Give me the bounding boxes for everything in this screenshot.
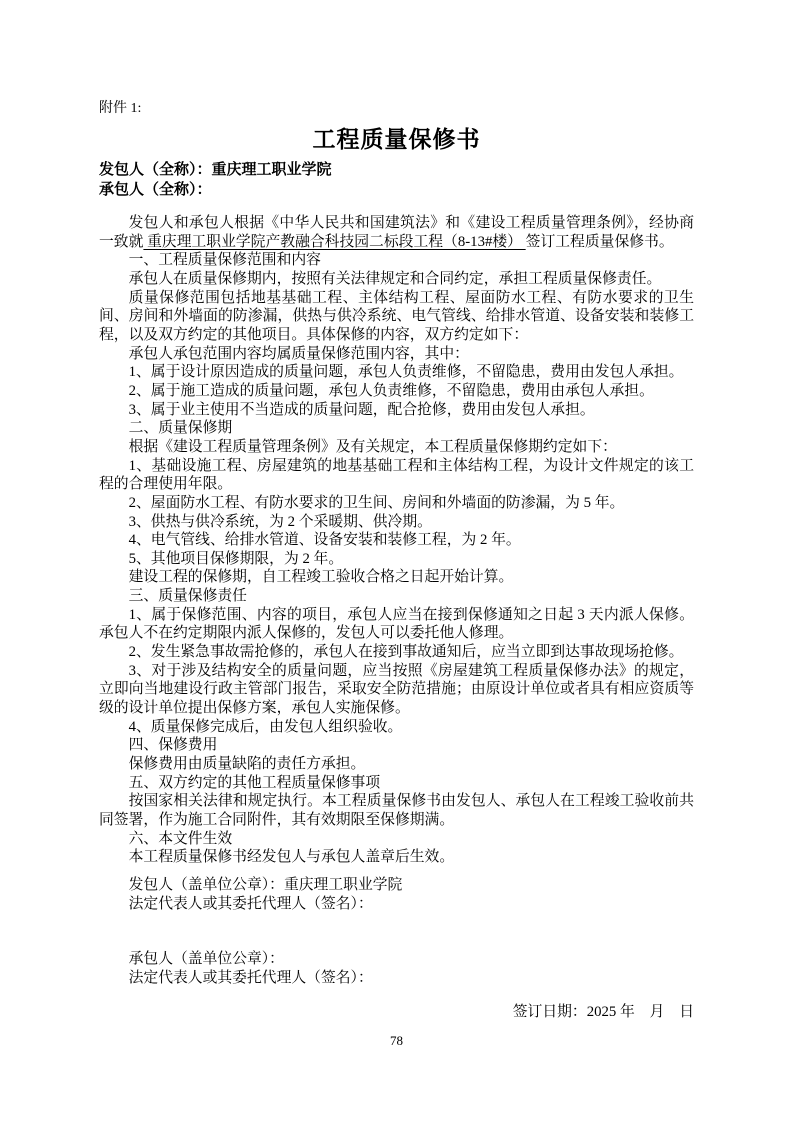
paragraph: 建设工程的保修期，自工程竣工验收合格之日起开始计算。 — [99, 568, 694, 587]
paragraph: 2、发生紧急事故需抢修的，承包人在接到事故通知后，应当立即到达事故现场抢修。 — [99, 643, 694, 662]
text-run: 签订工程质量保修书。 — [526, 234, 674, 250]
contractor-seal-line: 承包人（盖单位公章）： — [99, 950, 694, 969]
paragraph: 按国家相关法律和规定执行。本工程质量保修书由发包人、承包人在工程竣工验收前共同签… — [99, 792, 694, 829]
paragraph: 3、属于业主使用不当造成的质量问题，配合抢修，费用由发包人承担。 — [99, 401, 694, 420]
paragraph: 1、属于保修范围、内容的项目，承包人应当在接到保修通知之日起 3 天内派人保修。… — [99, 606, 694, 643]
section-heading: 五、双方约定的其他工程质量保修事项 — [99, 774, 694, 793]
section-heading: 一、工程质量保修范围和内容 — [99, 251, 694, 270]
paragraph: 5、其他项目保修期限，为 2 年。 — [99, 550, 694, 569]
paragraph: 保修费用由质量缺陷的责任方承担。 — [99, 755, 694, 774]
paragraph: 1、基础设施工程、房屋建筑的地基基础工程和主体结构工程，为设计文件规定的该工程的… — [99, 457, 694, 494]
paragraph: 根据《建设工程质量管理条例》及有关规定，本工程质量保修期约定如下： — [99, 438, 694, 457]
project-name-underlined: 重庆理工职业学院产教融合科技园二标段工程（8-13#楼） — [143, 234, 525, 250]
paragraph: 4、电气管线、给排水管道、设备安装和装修工程，为 2 年。 — [99, 531, 694, 550]
paragraph: 承包人承包范围内容均属质量保修范围内容，其中： — [99, 345, 694, 364]
attachment-label: 附件 1: — [99, 100, 694, 118]
employer-name-line: 发包人（全称）：重庆理工职业学院 — [99, 160, 694, 180]
signature-block: 发包人（盖单位公章）：重庆理工职业学院 法定代表人或其委托代理人（签名）： 承包… — [99, 876, 694, 988]
section-heading: 六、本文件生效 — [99, 830, 694, 849]
paragraph: 3、供热与供冷系统，为 2 个采暖期、供冷期。 — [99, 513, 694, 532]
paragraph: 2、属于施工造成的质量问题，承包人负责维修，不留隐患，费用由承包人承担。 — [99, 382, 694, 401]
paragraph: 4、质量保修完成后，由发包人组织验收。 — [99, 718, 694, 737]
paragraph: 质量保修范围包括地基基础工程、主体结构工程、屋面防水工程、有防水要求的卫生间、房… — [99, 289, 694, 345]
contractor-representative-line: 法定代表人或其委托代理人（签名）： — [99, 969, 694, 988]
page-number: 78 — [0, 1033, 793, 1049]
paragraph: 承包人在质量保修期内，按照有关法律规定和合同约定，承担工程质量保修责任。 — [99, 270, 694, 289]
section-heading: 四、保修费用 — [99, 736, 694, 755]
paragraph: 1、属于设计原因造成的质量问题，承包人负责维修，不留隐患，费用由发包人承担。 — [99, 363, 694, 382]
paragraph: 3、对于涉及结构安全的质量问题，应当按照《房屋建筑工程质量保修办法》的规定，立即… — [99, 662, 694, 718]
document-body: 发包人和承包人根据《中华人民共和国建筑法》和《建设工程质量管理条例》，经协商一致… — [99, 214, 694, 867]
page-title: 工程质量保修书 — [99, 125, 694, 155]
paragraph: 发包人和承包人根据《中华人民共和国建筑法》和《建设工程质量管理条例》，经协商一致… — [99, 214, 694, 251]
sign-date-line: 签订日期：2025 年 月 日 — [99, 1003, 694, 1022]
paragraph: 2、屋面防水工程、有防水要求的卫生间、房间和外墙面的防渗漏，为 5 年。 — [99, 494, 694, 513]
document-page: 附件 1: 工程质量保修书 发包人（全称）：重庆理工职业学院 承包人（全称）： … — [0, 0, 793, 1122]
paragraph: 本工程质量保修书经发包人与承包人盖章后生效。 — [99, 848, 694, 867]
employer-representative-line: 法定代表人或其委托代理人（签名）： — [99, 895, 694, 914]
employer-seal-line: 发包人（盖单位公章）：重庆理工职业学院 — [99, 876, 694, 895]
contractor-name-line: 承包人（全称）： — [99, 180, 694, 200]
section-heading: 二、质量保修期 — [99, 419, 694, 438]
section-heading: 三、质量保修责任 — [99, 587, 694, 606]
